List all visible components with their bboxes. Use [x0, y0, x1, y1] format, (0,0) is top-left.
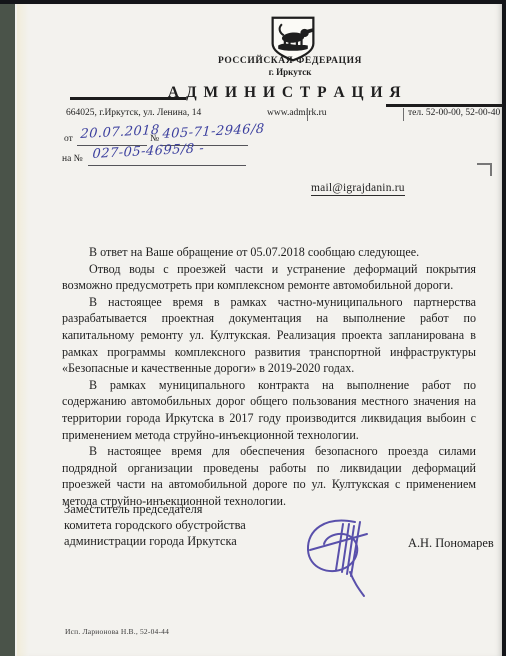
org-website: www.admirk.ru [267, 108, 327, 118]
signoff-position: Заместитель председателя комитета городс… [64, 501, 246, 549]
executor-note: Исп. Ларионова Н.В., 52-04-44 [65, 627, 169, 636]
body-line: рамках программы комплексного развития т… [62, 344, 476, 361]
title-rule-right [386, 104, 503, 107]
header-administration-title: А Д М И Н И С Т Р А Ц И Я [135, 84, 435, 102]
letter-body: В ответ на Ваше обращение от 05.07.2018 … [62, 244, 476, 510]
ref-from-label: от [64, 134, 73, 144]
signoff-name: А.Н. Пономарев [408, 536, 494, 551]
signoff-position-line: комитета городского обустройства [64, 517, 246, 533]
addressee-corner-mark-v [490, 163, 492, 176]
body-line: применением метода струйно-инъекционной … [62, 427, 476, 444]
scan-edge-top [0, 0, 506, 4]
body-line: территории города Иркутска в 2017 году п… [62, 410, 476, 427]
body-line: «Безопасные и качественные дороги» в 201… [62, 360, 476, 377]
ref-reply-label: на № [62, 154, 83, 164]
address-divider-2 [403, 108, 404, 121]
body-line: проезжей части на автомобильной дороге п… [62, 476, 476, 493]
scanned-letter: РОССИЙСКАЯ ФЕДЕРАЦИЯ г. Иркутск А Д М И … [0, 0, 506, 656]
signature-icon [303, 514, 375, 598]
org-phone: тел. 52-00-00, 52-00-40 [408, 108, 500, 118]
body-line: В настоящее время в рамках частно-муници… [62, 294, 476, 311]
signoff-position-line: администрации города Иркутска [64, 533, 246, 549]
signoff-position-line: Заместитель председателя [64, 501, 246, 517]
address-divider-1 [307, 108, 308, 121]
header-country: РОССИЙСКАЯ ФЕДЕРАЦИЯ [185, 56, 395, 66]
body-line: В настоящее время для обеспечения безопа… [62, 443, 476, 460]
body-line: В рамках муниципального контракта на вып… [62, 377, 476, 394]
scan-edge-right [502, 0, 506, 656]
header-city: г. Иркутск [185, 67, 395, 77]
body-line: разрабатывается проектная документация н… [62, 310, 476, 327]
body-line: подрядной организации проведены работы п… [62, 460, 476, 477]
body-line: В ответ на Ваше обращение от 05.07.2018 … [62, 244, 476, 261]
ref-reply-underline [88, 165, 246, 166]
body-line: содержанию автомобильных дорог общего по… [62, 393, 476, 410]
paper-edge-tint [17, 4, 29, 656]
scan-edge-left [0, 0, 15, 656]
addressee-email: mail@igrajdanin.ru [311, 182, 405, 196]
body-line: Отвод воды с проезжей части и устранение… [62, 261, 476, 278]
body-line: капитальному ремонту ул. Култукская. Реа… [62, 327, 476, 344]
org-address: 664025, г.Иркутск, ул. Ленина, 14 [66, 108, 201, 118]
body-line: возможно предусмотреть при комплексном р… [62, 277, 476, 294]
